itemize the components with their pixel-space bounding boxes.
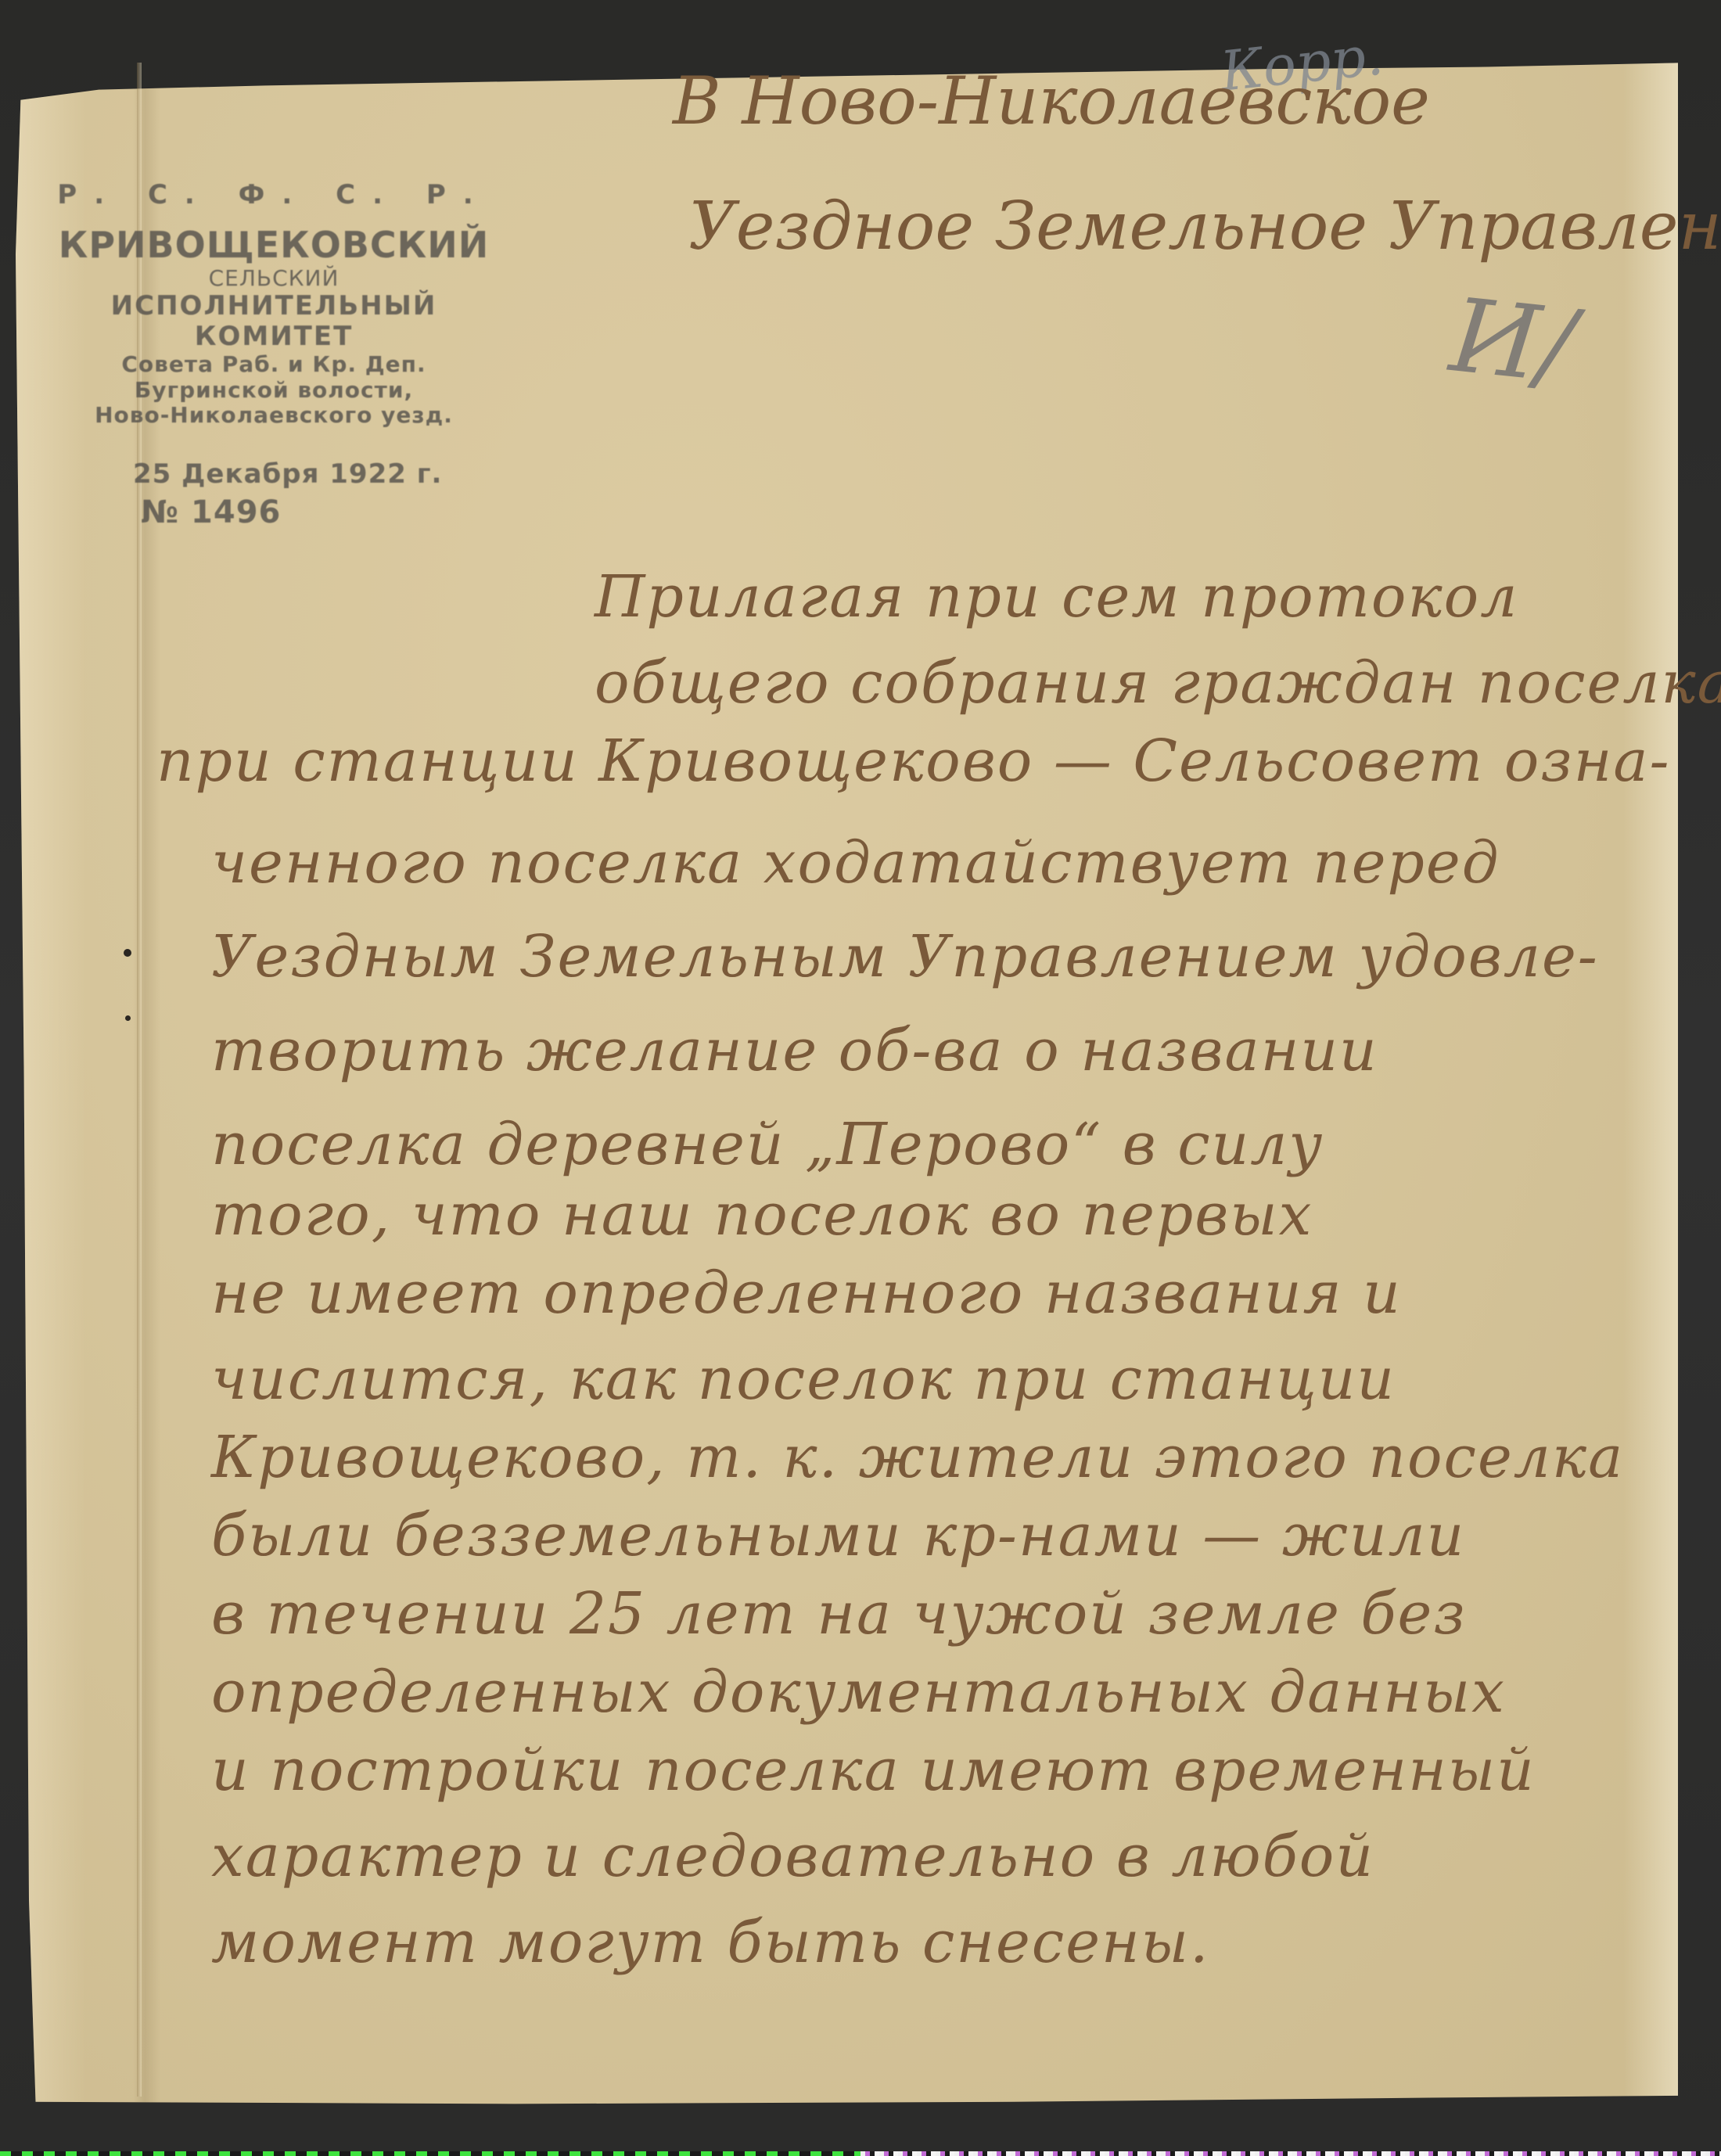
punch-hole: [125, 1015, 131, 1021]
stamp-soviet: Совета Раб. и Кр. Деп.: [55, 352, 493, 377]
body-line: не имеет определенного названия и: [211, 1259, 1402, 1327]
body-line: творить желание об-ва о названии: [211, 1017, 1378, 1084]
body-line: при станции Кривощеково — Сельсовет озна…: [156, 728, 1671, 795]
pencil-annotation-mark: И/: [1445, 275, 1579, 407]
stamp-republic: Р. С. Ф. С. Р.: [55, 180, 493, 210]
stamp-number: № 1496: [55, 494, 493, 530]
address-line-1: В Ново-Николаевское: [673, 63, 1430, 139]
body-line: в течении 25 лет на чужой земле без: [211, 1580, 1467, 1648]
body-line: были безземельными кр-нами — жили: [211, 1502, 1465, 1569]
scan-calibration-strip-color: [860, 2151, 1721, 2156]
stamp-date: 25 Декабря 1922 г.: [55, 459, 493, 490]
stamp-council-name: КРИВОЩЕКОВСКИЙ: [55, 225, 493, 266]
body-line: Кривощеково, т. к. жители этого поселка: [211, 1424, 1624, 1491]
office-stamp: Р. С. Ф. С. Р. КРИВОЩЕКОВСКИЙ СЕЛЬСКИЙ И…: [55, 180, 493, 530]
punch-hole: [124, 949, 131, 957]
body-line: Уездным Земельным Управлением удовле-: [211, 923, 1599, 990]
stamp-volost: Бугринской волости,: [55, 378, 493, 403]
body-line: Прилагая при сем протокол: [595, 563, 1518, 631]
body-line: и постройки поселка имеют временный: [211, 1737, 1536, 1804]
body-line: поселка деревней „Перово“ в силу: [211, 1111, 1324, 1178]
body-line: характер и следовательно в любой: [211, 1823, 1374, 1890]
stamp-rural: СЕЛЬСКИЙ: [55, 266, 493, 291]
body-line: того, что наш поселок во первых: [211, 1181, 1313, 1249]
stamp-executive-committee: ИСПОЛНИТЕЛЬНЫЙ КОМИТЕТ: [55, 291, 493, 352]
body-line: ченного поселка ходатайствует перед: [211, 829, 1500, 897]
body-line: числится, как поселок при станции: [211, 1346, 1396, 1413]
body-line: определенных документальных данных: [211, 1658, 1506, 1726]
body-line: общего собрания граждан поселка: [595, 649, 1721, 717]
stamp-uezd: Ново-Николаевского уезд.: [55, 403, 493, 428]
address-line-2: Уездное Земельное Управление: [688, 188, 1721, 264]
body-line: момент могут быть снесены.: [211, 1909, 1210, 1976]
